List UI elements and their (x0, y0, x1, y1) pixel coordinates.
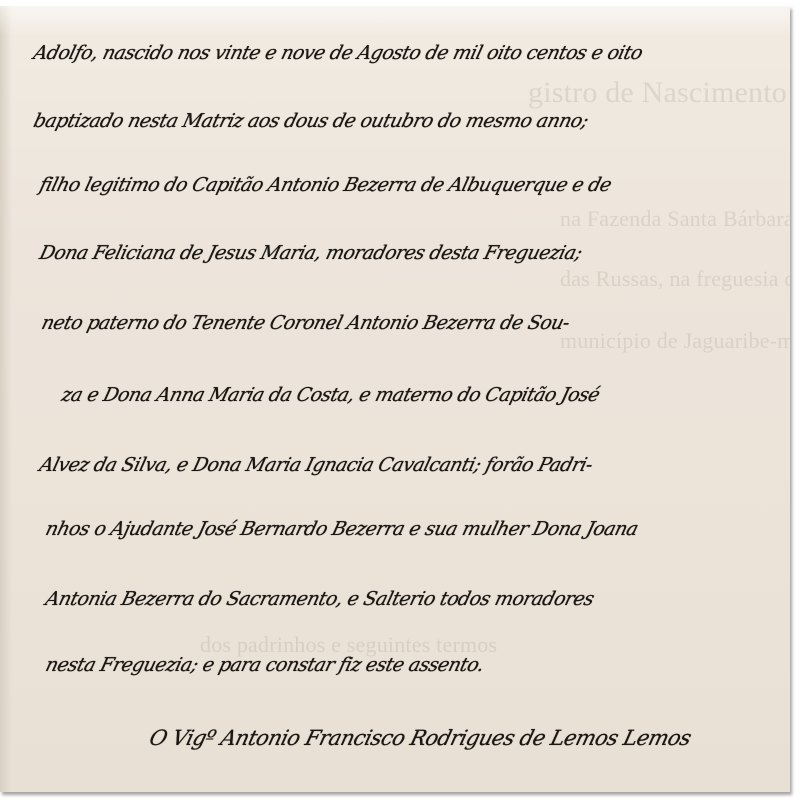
document-frame: gistro de Nascimento na Fazenda Santa Bá… (0, 0, 800, 800)
bleed-through-title: gistro de Nascimento (528, 76, 787, 110)
handwritten-line-4: Dona Feliciana de Jesus Maria, moradores… (37, 242, 584, 264)
handwritten-line-9: Antonia Bezerra do Sacramento, e Salteri… (43, 588, 596, 610)
handwritten-line-7: Alvez da Silva, e Dona Maria Ignacia Cav… (37, 454, 594, 476)
handwritten-line-2: baptizado nesta Matriz aos dous de outub… (31, 110, 590, 132)
handwritten-line-3: filho legitimo do Capitão Antonio Bezerr… (37, 174, 613, 196)
manuscript-page: gistro de Nascimento na Fazenda Santa Bá… (0, 6, 790, 792)
bleed-through-line: município de Jaguaribe-mirim, Ceará. Era… (560, 328, 790, 354)
handwritten-line-5: neto paterno do Tenente Coronel Antonio … (39, 312, 571, 334)
page-fold-shadow (0, 6, 12, 792)
priest-signature: O Vigº Antonio Francisco Rodrigues de Le… (147, 726, 693, 750)
handwritten-line-10: nesta Freguezia; e para constar fiz este… (43, 654, 486, 676)
handwritten-line-6: za e Dona Anna Maria da Costa, e materno… (59, 384, 602, 406)
page-highlight (0, 6, 790, 36)
bleed-through-line: na Fazenda Santa Bárbara, no (560, 206, 790, 232)
handwritten-line-8: nhos o Ajudante José Bernardo Bezerra e … (43, 518, 640, 540)
handwritten-line-1: Adolfo, nascido nos vinte e nove de Agos… (31, 42, 645, 64)
bleed-through-line: das Russas, na freguesia do Rosário do S… (560, 266, 790, 292)
